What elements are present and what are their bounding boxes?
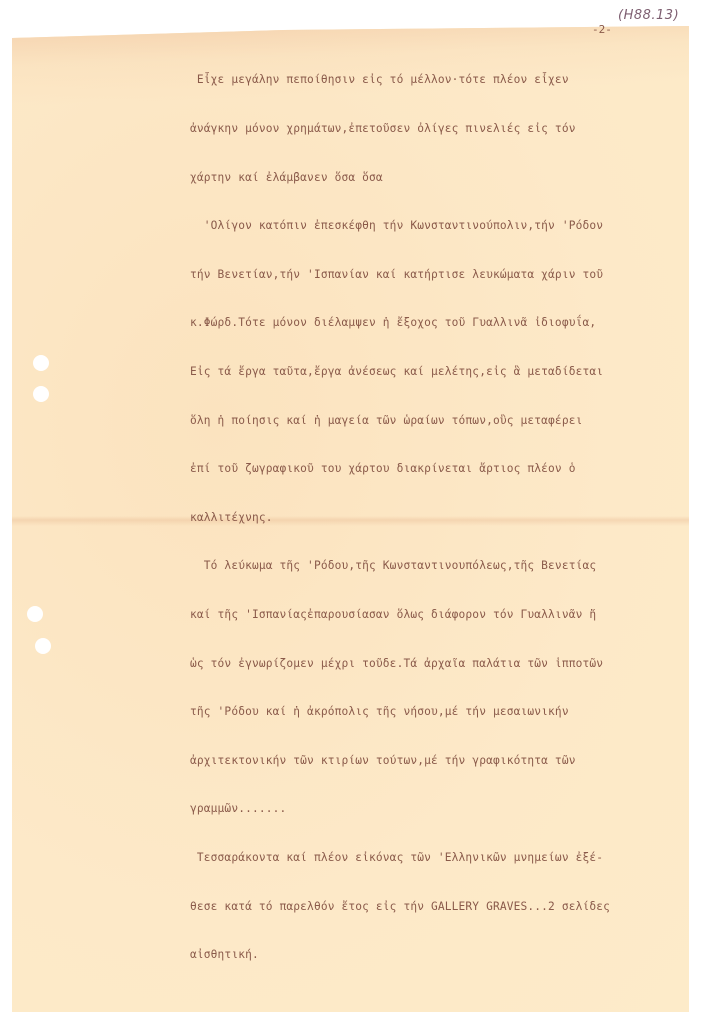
text-line: τήν Βενετίαν,τήν 'Ισπανίαν καί κατήρτισε… (190, 267, 701, 283)
page-number: -2- (592, 23, 612, 36)
text-line: Τό λεύκωμα τῆς 'Ρόδου,τῆς Κωνσταντινουπό… (190, 558, 701, 574)
text-line: ἐπί τοῦ ζωγραφικοῦ του χάρτου διακρίνετα… (190, 461, 701, 477)
text-line: αἰσθητική. (190, 947, 701, 963)
text-line: τῆς 'Ρόδου καί ἡ ἀκρόπολις τῆς νήσου,μέ … (190, 704, 701, 720)
text-line: ὅλη ἡ ποίησις καί ἡ μαγεία τῶν ὡραίων τό… (190, 413, 701, 429)
typewritten-body: Εἶχε μεγάλην πεποίθησιν εἰς τό μέλλον·τό… (190, 40, 701, 979)
text-line: χάρτην καί ἐλάμβανεν ὅσα ὅσα (190, 170, 701, 186)
text-line: ἀρχιτεκτονικήν τῶν κτιρίων τούτων,μέ τήν… (190, 753, 701, 769)
text-line: Εἰς τά ἔργα ταῦτα,ἔργα ἀνέσεως καί μελέτ… (190, 364, 701, 380)
text-line: καλλιτέχνης. (190, 510, 701, 526)
punch-hole-2 (33, 386, 49, 402)
punch-hole-3 (27, 606, 43, 622)
text-line: ἀνάγκην μόνον χρημάτων,ἐπετοῦσεν ὀλίγες … (190, 121, 701, 137)
text-line: κ.Φώρδ.Τότε μόνον διέλαμψεν ἡ ἔξοχος τοῦ… (190, 315, 701, 331)
punch-hole-4 (35, 638, 51, 654)
punch-hole-1 (33, 355, 49, 371)
text-line: 'Ολίγον κατόπιν ἐπεσκέφθη τήν Κωνσταντιν… (190, 218, 701, 234)
archive-annotation: (H88.13) (618, 8, 679, 23)
text-line: γραμμῶν....... (190, 801, 701, 817)
text-line: Εἶχε μεγάλην πεποίθησιν εἰς τό μέλλον·τό… (190, 72, 701, 88)
text-line: Τεσσαράκοντα καί πλέον εἰκόνας τῶν 'Ελλη… (190, 850, 701, 866)
text-line: ὡς τόν ἐγνωρίζομεν μέχρι τοῦδε.Τά ἀρχαῖα… (190, 656, 701, 672)
text-line: καί τῆς 'Ισπανίαςἐπαρουσίασαν ὅλως διάφο… (190, 607, 701, 623)
text-line: θεσε κατά τό παρελθόν ἔτος εἰς τήν GALLE… (190, 899, 701, 915)
